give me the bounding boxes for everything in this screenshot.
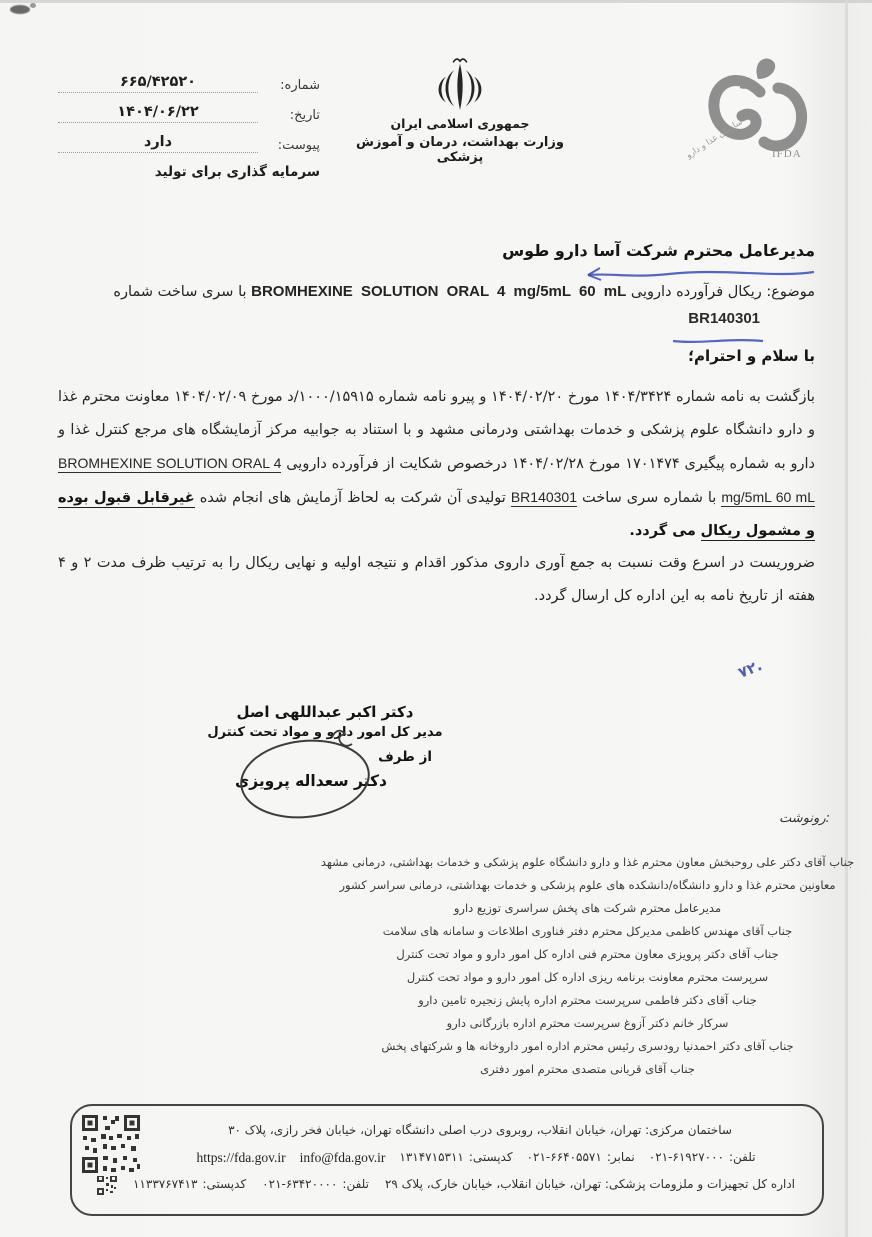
date-label: تاریخ: bbox=[258, 108, 320, 123]
subject-line: موضوع: ریکال فرآورده دارویی BROMHEXINE S… bbox=[56, 279, 815, 305]
phone2-label: تلفن: bbox=[342, 1171, 369, 1198]
handwritten-note: ۷۲. bbox=[736, 656, 765, 682]
subject-label: موضوع: bbox=[766, 284, 815, 300]
cc-item: جناب آقای مهندس کاظمی مدیرکل محترم دفتر … bbox=[295, 920, 872, 943]
letterhead-slogan: سرمایه گذاری برای تولید bbox=[58, 164, 320, 180]
body-paragraph-2: ضروریست در اسرع وقت نسبت به جمع آوری دار… bbox=[58, 547, 815, 613]
date-row: تاریخ: ۱۴۰۴/۰۶/۲۲ bbox=[58, 104, 320, 123]
letter-meta-block: شماره: ۶۶۵/۴۲۵۲۰ تاریخ: ۱۴۰۴/۰۶/۲۲ پیوست… bbox=[58, 74, 320, 180]
batch-number: BR140301 bbox=[688, 310, 760, 327]
signature-block: دکتر اکبر عبداللهی اصل مدیر کل امور دارو… bbox=[200, 701, 450, 792]
cc-item: جناب آقای دکتر احمدنیا رودسری رئیس محترم… bbox=[295, 1035, 872, 1058]
addressee-line: مدیرعامل محترم شرکت آسا دارو طوس bbox=[502, 241, 815, 260]
scan-speck bbox=[30, 3, 36, 8]
cc-item: سرپرست محترم معاونت برنامه ریزی اداره کل… bbox=[295, 966, 872, 989]
footer-contact-box: ساختمان مرکزی: تهران، خیابان انقلاب، روب… bbox=[70, 1104, 824, 1216]
country-name: جمهوری اسلامی ایران bbox=[346, 116, 574, 131]
attachment-row: پیوست: دارد bbox=[58, 134, 320, 153]
letterhead-center: جمهوری اسلامی ایران وزارت بهداشت، درمان … bbox=[346, 56, 574, 165]
subject-text-fa1: ریکال فرآورده دارویی bbox=[631, 284, 762, 300]
postal-label: کدپستی: bbox=[469, 1144, 513, 1171]
attachment-value: دارد bbox=[58, 134, 258, 153]
handwritten-batch-underline bbox=[670, 336, 766, 345]
phone-number: ۰۲۱-۶۱۹۲۷۰۰۰ bbox=[649, 1144, 724, 1171]
postal2-label: کدپستی: bbox=[202, 1171, 246, 1198]
cc-list: جناب آقای دکتر علی روحبخش معاون محترم غذ… bbox=[295, 851, 872, 1081]
ifda-apple-icon bbox=[698, 52, 818, 162]
ifda-logo: IFDA سازمان غذا و دارو bbox=[698, 52, 838, 172]
p1-text-b: با شماره سری ساخت bbox=[582, 490, 716, 506]
cc-item: جناب آقای قربانی متصدی محترم امور دفتری bbox=[295, 1058, 872, 1081]
footer-email: info@fda.gov.ir bbox=[300, 1144, 386, 1171]
date-value: ۱۴۰۴/۰۶/۲۲ bbox=[58, 104, 258, 123]
footer-postal2: کدپستی: ۱۱۳۳۷۶۷۴۱۳ bbox=[133, 1171, 246, 1198]
deputy-signer-name: دکتر سعداله پرویزی bbox=[200, 770, 422, 792]
ifda-acronym: IFDA bbox=[772, 148, 802, 160]
phone-label: تلفن: bbox=[729, 1144, 756, 1171]
cc-item: مدیرعامل محترم شرکت های پخش سراسری توزیع… bbox=[295, 897, 872, 920]
signer-name: دکتر اکبر عبداللهی اصل bbox=[200, 701, 450, 723]
footer-phone: تلفن: ۰۲۱-۶۱۹۲۷۰۰۰ bbox=[649, 1144, 756, 1171]
footer-address-line: ساختمان مرکزی: تهران، خیابان انقلاب، روب… bbox=[86, 1117, 806, 1144]
body-paragraph-1: بازگشت به نامه شماره ۱۴۰۴/۳۴۲۴ مورخ ۱۴۰۴… bbox=[58, 381, 815, 548]
scan-speck bbox=[10, 5, 30, 14]
p1-batch-number: BR140301 bbox=[511, 489, 577, 507]
subject-text-fa2: با سری ساخت شماره bbox=[113, 284, 246, 300]
footer-fax: نمابر: ۰۲۱-۶۶۴۰۵۵۷۱ bbox=[527, 1144, 635, 1171]
ref-number-label: شماره: bbox=[258, 78, 320, 93]
ref-number-row: شماره: ۶۶۵/۴۲۵۲۰ bbox=[58, 74, 320, 93]
cc-item: سرکار خانم دکتر آزوغ سرپرست محترم اداره … bbox=[295, 1012, 872, 1035]
signer-title: مدیر کل امور دارو و مواد تحت کنترل bbox=[200, 723, 450, 742]
mini-qr-code bbox=[97, 1175, 117, 1195]
postal-code: ۱۳۱۴۷۱۵۳۱۱ bbox=[399, 1144, 463, 1171]
on-behalf-label: از طرف bbox=[200, 744, 450, 770]
footer-postal: کدپستی: ۱۳۱۴۷۱۵۳۱۱ bbox=[399, 1144, 512, 1171]
postal2-code: ۱۱۳۳۷۶۷۴۱۳ bbox=[133, 1171, 197, 1198]
footer-website: https://fda.gov.ir bbox=[196, 1144, 285, 1171]
ref-number-value: ۶۶۵/۴۲۵۲۰ bbox=[58, 74, 258, 93]
salutation: با سلام و احترام؛ bbox=[688, 347, 815, 365]
cc-item: جناب آقای دکتر فاطمی سرپرست محترم اداره … bbox=[295, 989, 872, 1012]
footer-equipment-line: اداره کل تجهیزات و ملزومات پزشکی: تهران،… bbox=[86, 1171, 806, 1198]
fax-number: ۰۲۱-۶۶۴۰۵۵۷۱ bbox=[527, 1144, 602, 1171]
footer-equipment-address: اداره کل تجهیزات و ملزومات پزشکی: تهران،… bbox=[385, 1171, 795, 1198]
p1-text-d: می گردد. bbox=[629, 523, 696, 539]
qr-code bbox=[81, 1114, 141, 1176]
p1-text-c: تولیدی آن شرکت به لحاظ آزمایش های انجام … bbox=[200, 490, 506, 506]
subject-drug-name: BROMHEXINE SOLUTION ORAL 4 mg/5mL 60 mL bbox=[251, 283, 626, 300]
cc-label: رونوشت: bbox=[779, 811, 830, 826]
fax-label: نمابر: bbox=[607, 1144, 635, 1171]
cc-item: جناب آقای دکتر پرویزی معاون محترم فنی اد… bbox=[295, 943, 872, 966]
iran-emblem-icon bbox=[427, 56, 493, 114]
attachment-label: پیوست: bbox=[258, 138, 320, 153]
footer-main-address: ساختمان مرکزی: تهران، خیابان انقلاب، روب… bbox=[228, 1117, 732, 1144]
phone2-number: ۰۲۱-۶۳۴۲۰۰۰۰ bbox=[262, 1171, 337, 1198]
ministry-name: وزارت بهداشت، درمان و آموزش پزشکی bbox=[346, 135, 574, 165]
scan-top-edge bbox=[0, 0, 872, 3]
cc-item: جناب آقای دکتر علی روحبخش معاون محترم غذ… bbox=[295, 851, 872, 874]
cc-item: معاونین محترم غذا و دارو دانشگاه/دانشکده… bbox=[295, 874, 872, 897]
footer-phone2: تلفن: ۰۲۱-۶۳۴۲۰۰۰۰ bbox=[262, 1171, 369, 1198]
footer-contact-line: تلفن: ۰۲۱-۶۱۹۲۷۰۰۰ نمابر: ۰۲۱-۶۶۴۰۵۵۷۱ ک… bbox=[86, 1144, 806, 1171]
